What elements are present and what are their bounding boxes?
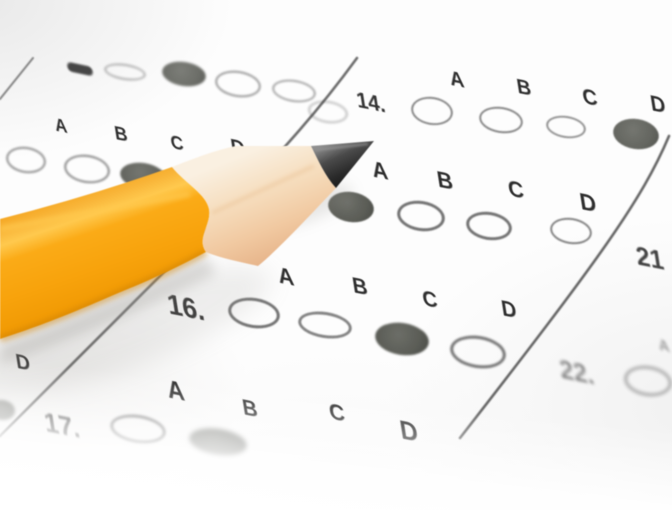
pencil bbox=[0, 0, 672, 510]
photo-answer-sheet-with-pencil: ABCD14.ABCD5.ABCD16.ABCD17.ABCDD2122.A bbox=[0, 0, 672, 510]
